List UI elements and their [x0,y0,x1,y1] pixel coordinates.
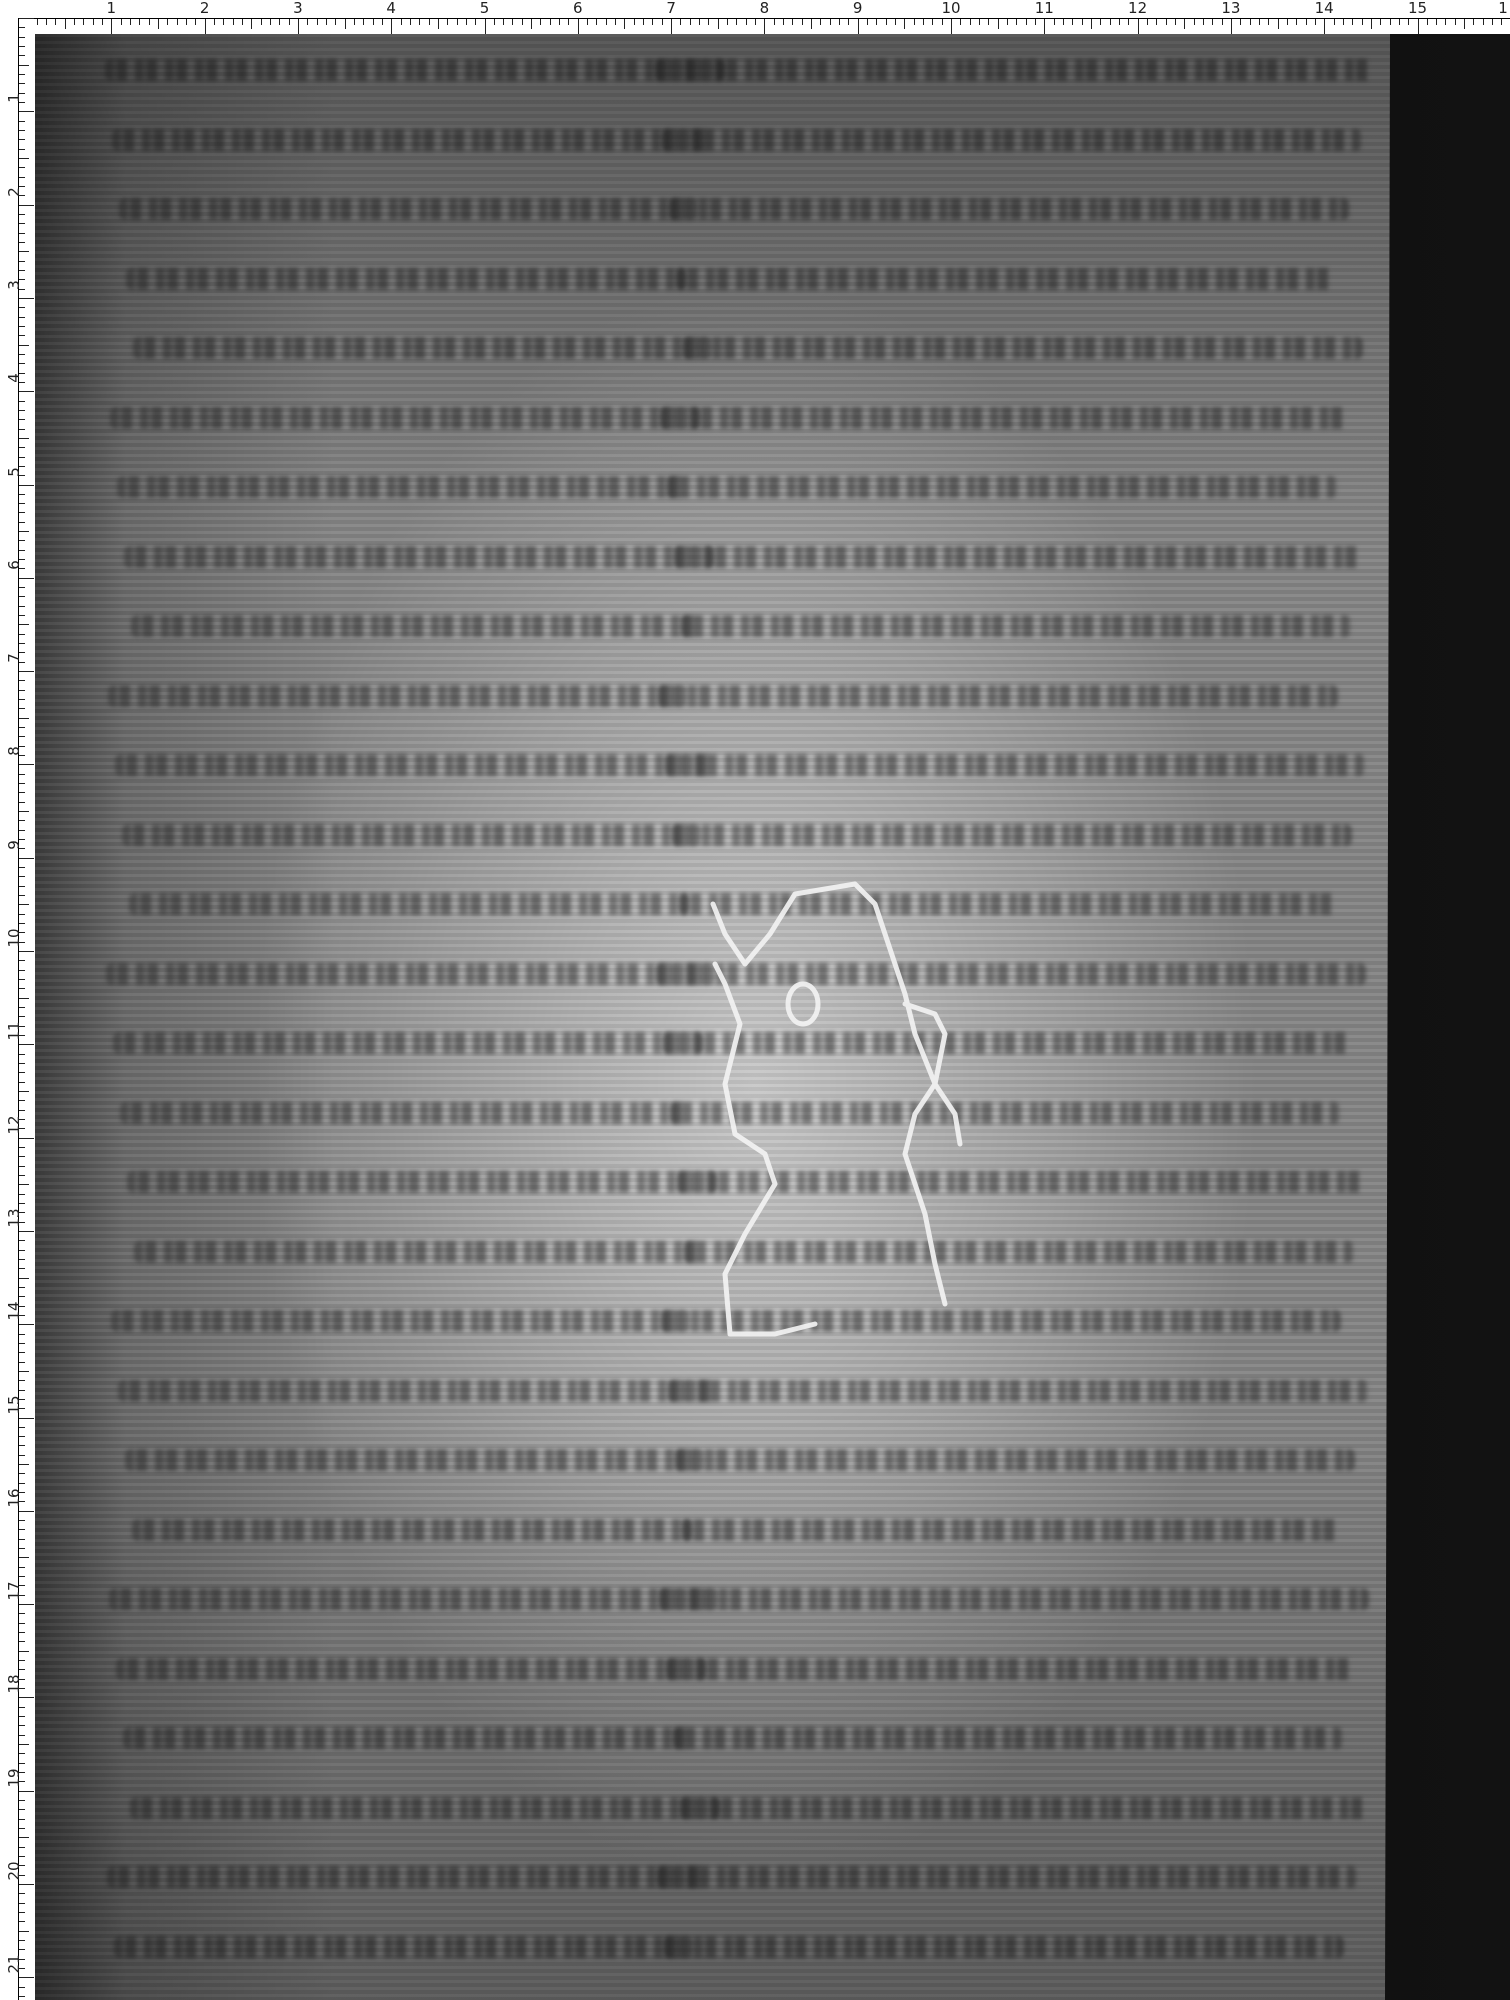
ruler-tick [1259,19,1260,25]
ruler-tick [606,19,607,25]
ruler-tick [19,512,25,513]
ruler-tick [587,19,588,25]
ruler-tick [19,1949,25,1950]
ruler-tick [102,19,103,25]
ruler-tick [19,596,25,597]
ruler-tick [19,1753,25,1754]
ruler-tick [19,923,25,924]
ruler-label: 1 [107,0,117,16]
ruler-tick [19,233,25,234]
ruler-tick [19,130,25,131]
ruler-tick [1054,19,1055,25]
ruler-tick [19,1250,25,1251]
ruler-tick [475,19,476,25]
ruler-tick [550,19,551,25]
ruler-tick [1473,19,1474,25]
ruler-tick [19,1464,29,1465]
ruler-tick [19,979,25,980]
ruler-tick [19,606,25,607]
ruler-tick [19,1147,25,1148]
ruler-tick [19,1613,25,1614]
ruler-label: 12 [7,1113,21,1137]
ruler-tick [158,19,159,29]
ruler-tick [19,1455,25,1456]
ruler-tick [83,19,84,25]
ruler-label: 4 [7,366,21,390]
ruler-tick [19,522,25,523]
ruler-tick [914,19,915,25]
ruler-tick [19,1334,25,1335]
ruler-tick [19,1324,34,1325]
ruler-tick [410,19,411,25]
ruler-tick [19,1371,29,1372]
ruler-label: 20 [7,1859,21,1883]
ruler-tick [19,1156,25,1157]
ruler-tick [1082,19,1083,25]
ruler-tick [1399,19,1400,25]
ruler-tick [727,19,728,25]
ruler-tick [19,1529,25,1530]
ruler-label: 14 [7,1299,21,1323]
manuscript-scan-image [35,34,1510,2000]
ruler-tick [251,19,252,29]
ruler-tick [74,19,75,25]
ruler-tick [904,19,905,29]
ruler-tick [19,205,34,206]
ruler-tick [531,19,532,29]
ruler-tick [186,19,187,25]
ruler-tick [923,19,924,25]
ruler-label: 4 [386,0,396,16]
ruler-tick [708,19,709,25]
ruler-tick [279,19,280,25]
ruler-tick [988,19,989,25]
ruler-tick [1110,19,1111,25]
ruler-label: 8 [760,0,770,16]
ruler-tick [19,1744,29,1745]
ruler-tick [19,335,25,336]
ruler-tick [1072,19,1073,25]
ruler-tick [19,1623,25,1624]
ruler-tick [19,1418,34,1419]
ruler-tick [19,1791,34,1792]
ruler-tick [522,19,523,25]
ruler-tick [19,158,29,159]
ruler-tick [19,820,25,821]
ruler-tick [19,1287,25,1288]
ruler-tick [317,19,318,25]
ruler-tick [19,531,29,532]
ruler-tick [1044,19,1045,34]
ruler-tick [19,1539,25,1540]
ruler-tick [699,19,700,25]
ruler-tick [19,914,25,915]
ruler-label: 13 [1221,0,1240,16]
ruler-tick [503,19,504,25]
ruler-tick [19,1557,29,1558]
ruler-tick [19,727,25,728]
ruler-tick [19,1445,25,1446]
ruler-tick [19,876,25,877]
ruler-tick [19,74,25,75]
ruler-tick [19,1184,29,1185]
top-ruler: 01234567891011121314151 [0,0,1510,34]
ruler-tick [149,19,150,25]
ruler-tick [19,55,25,56]
ruler-tick [1250,19,1251,25]
ruler-tick [1371,19,1372,29]
ruler-tick [19,634,25,635]
ruler-tick [19,1931,29,1932]
ruler-tick [19,1809,25,1810]
ruler-tick [121,19,122,25]
ruler-tick [876,19,877,25]
ruler-tick [1501,19,1502,25]
ruler-tick [1016,19,1017,25]
ruler-label: 10 [941,0,960,16]
ruler-tick [951,19,952,34]
ruler-tick [19,1473,25,1474]
ruler-tick [19,261,25,262]
ruler-tick [438,19,439,29]
ruler-tick [858,19,859,34]
ruler-tick [19,1427,25,1428]
ruler-label: 6 [7,553,21,577]
ruler-tick [942,19,943,25]
ruler-tick [354,19,355,25]
ruler-tick [1380,19,1381,25]
ruler-label: 12 [1128,0,1147,16]
ruler-tick [1436,19,1437,25]
ruler-tick [19,1828,25,1829]
ruler-tick [19,1632,25,1633]
ruler-tick [19,494,25,495]
ruler-tick [1445,19,1446,25]
ruler-tick [1343,19,1344,25]
ruler-label: 3 [293,0,303,16]
ruler-tick [1306,19,1307,25]
ruler-tick [223,19,224,25]
ruler-tick [270,19,271,25]
ruler-tick [19,1940,25,1941]
ruler-tick [19,242,25,243]
ruler-tick [1296,19,1297,25]
ruler-tick [46,19,47,25]
ruler-tick [1418,19,1419,34]
ruler-tick [1492,19,1493,25]
ruler-tick [65,19,66,29]
ruler-tick [1324,19,1325,34]
ruler-label: 16 [7,1486,21,1510]
ruler-tick [261,19,262,25]
ruler-tick [559,19,560,25]
ruler-tick [19,988,25,989]
ruler-tick [19,1641,25,1642]
ruler-tick [1035,19,1036,25]
ruler-tick [19,764,34,765]
ruler-tick [802,19,803,25]
ruler-tick [214,19,215,25]
ruler-tick [19,540,25,541]
ruler-tick [19,167,25,168]
ruler-tick [19,345,29,346]
ruler-tick [19,1716,25,1717]
left-ruler: 123456789101112131415161718192021 [0,0,34,2000]
ruler-tick [1222,19,1223,25]
ruler-tick [19,447,25,448]
ruler-tick [485,19,486,34]
ruler-tick [19,326,25,327]
ruler-tick [1390,19,1391,25]
ruler-tick [19,858,34,859]
ruler-tick [19,46,25,47]
ruler-tick [19,438,29,439]
ruler-tick [93,19,94,25]
ruler-tick [19,251,29,252]
ruler-tick [19,708,25,709]
ruler-tick [19,1604,34,1605]
ruler-tick [19,83,25,84]
ruler-tick [540,19,541,25]
ruler-tick [886,19,887,25]
ruler-tick [19,811,29,812]
ruler-tick [1464,19,1465,29]
ruler-label: 2 [200,0,210,16]
ruler-tick [19,1921,25,1922]
ruler-tick [1455,19,1456,25]
ruler-tick [1427,19,1428,25]
ruler-tick [671,19,672,34]
ruler-label: 5 [480,0,490,16]
ruler-label: 11 [7,1019,21,1043]
ruler-tick [624,19,625,29]
ruler-tick [19,690,25,691]
ruler-tick [19,1007,25,1008]
ruler-tick [19,970,25,971]
ruler-tick [19,680,25,681]
ruler-tick [19,1063,25,1064]
ruler-tick [19,1576,25,1577]
ruler-tick [19,1912,25,1913]
ruler-tick [19,1903,25,1904]
ruler-label: 7 [666,0,676,16]
ruler-tick [19,391,34,392]
ruler-tick [19,699,25,700]
ruler-tick [19,65,29,66]
ruler-label: 7 [7,646,21,670]
ruler-label: 17 [7,1579,21,1603]
ruler-tick [298,19,299,34]
ruler-tick [998,19,999,29]
ruler-tick [848,19,849,25]
ruler-tick [335,19,336,25]
ruler-tick [19,1707,25,1708]
ruler-tick [652,19,653,25]
ruler-label: 1 [7,86,21,110]
ruler-tick [755,19,756,25]
ruler-tick [19,578,34,579]
ruler-tick [382,19,383,25]
ruler-tick [19,960,25,961]
ruler-tick [447,19,448,25]
ruler-tick [19,363,25,364]
ruler-tick [867,19,868,25]
ruler-tick [19,1735,25,1736]
ruler-tick [1212,19,1213,25]
ruler-tick [1026,19,1027,25]
ruler-tick [19,1240,25,1241]
ruler-tick [746,19,747,25]
ruler-tick [1334,19,1335,25]
ruler-tick [19,37,25,38]
ruler-tick [19,1278,29,1279]
ruler-tick [19,410,25,411]
ruler-tick [55,19,56,25]
ruler-label: 21 [7,1952,21,1976]
ruler-tick [932,19,933,25]
ruler-tick [736,19,737,25]
ruler-tick [19,867,25,868]
ruler-tick [130,19,131,25]
ruler-label: 8 [7,739,21,763]
ruler-tick [289,19,290,25]
ruler-tick [373,19,374,25]
ruler-tick [1063,19,1064,25]
ruler-tick [690,19,691,25]
ruler-tick [718,19,719,29]
ruler-tick [19,1996,25,1997]
ruler-tick [830,19,831,25]
ruler-tick [19,503,25,504]
ruler-tick [19,1194,25,1195]
ruler-tick [1147,19,1148,25]
ruler-label: 13 [7,1206,21,1230]
ruler-tick [19,1856,25,1857]
ruler-tick [19,1138,34,1139]
ruler-tick [19,718,29,719]
ruler-tick [578,19,579,34]
ruler-tick [19,783,25,784]
ruler-tick [19,1893,25,1894]
ruler-tick [19,1203,25,1204]
ruler-tick [19,223,25,224]
ruler-tick [19,1669,25,1670]
ruler-tick [820,19,821,25]
ruler-tick [326,19,327,25]
ruler-tick [19,998,29,999]
ruler-tick [774,19,775,25]
ruler-tick [494,19,495,25]
ruler-tick [19,1436,25,1437]
ruler-label: 19 [7,1766,21,1790]
ruler-tick [19,1819,25,1820]
ruler-label: 11 [1035,0,1054,16]
ruler-tick [19,624,29,625]
ruler-tick [960,19,961,25]
ruler-tick [1156,19,1157,25]
ruler-tick [19,1884,34,1885]
ruler-tick [1166,19,1167,25]
ruler-tick [19,419,25,420]
ruler-tick [19,1567,25,1568]
ruler-tick [19,1044,34,1045]
ruler-tick [177,19,178,25]
ruler-tick [19,671,34,672]
ruler-tick [466,19,467,25]
ruler-tick [19,354,25,355]
ruler-tick [1175,19,1176,25]
ruler-tick [139,19,140,25]
ruler-tick [19,1390,25,1391]
ruler-tick [1128,19,1129,25]
ruler-tick [233,19,234,25]
ruler-tick [19,111,34,112]
ruler-tick [1287,19,1288,25]
ruler-tick [1091,19,1092,29]
ruler-tick [19,485,34,486]
ruler-tick [19,1651,29,1652]
ruler-tick [19,401,25,402]
ruler-tick [195,19,196,25]
ruler-tick [19,1175,25,1176]
dark-edge-band [1385,34,1510,2000]
ruler-tick [19,1697,34,1698]
ruler-tick [19,1847,25,1848]
ruler-tick [19,1016,25,1017]
ruler-tick [19,121,25,122]
ruler-tick [19,1166,25,1167]
ruler-tick [205,19,206,34]
ruler-tick [19,149,25,150]
ruler-label: 9 [7,833,21,857]
ruler-tick [1203,19,1204,25]
ruler-tick [19,1837,29,1838]
ruler-tick [512,19,513,25]
ruler-label: 15 [1408,0,1427,16]
ruler-tick [1483,19,1484,25]
ruler-tick [19,270,25,271]
ruler-tick [19,1231,34,1232]
ruler-tick [19,457,25,458]
ruler-tick [568,19,569,25]
ruler-tick [457,19,458,25]
ruler-tick [19,587,25,588]
ruler-tick [19,298,34,299]
ruler-tick [764,19,765,34]
vignette [35,34,1510,2000]
ruler-tick [19,1082,25,1083]
ruler-tick [429,19,430,25]
ruler-tick [19,1072,25,1073]
ruler-tick [1194,19,1195,25]
ruler-tick [783,19,784,25]
ruler-tick [19,1268,25,1269]
ruler-tick [19,615,25,616]
ruler-tick [895,19,896,25]
ruler-tick [1100,19,1101,25]
ruler-tick [19,1520,25,1521]
ruler-tick [1007,19,1008,25]
ruler-tick [979,19,980,25]
ruler-tick [1138,19,1139,34]
ruler-tick [19,1352,25,1353]
ruler-label: 15 [7,1393,21,1417]
ruler-tick [19,1091,29,1092]
ruler-label: 18 [7,1672,21,1696]
ruler-tick [680,19,681,25]
ruler-tick [839,19,840,25]
ruler-tick [19,139,25,140]
